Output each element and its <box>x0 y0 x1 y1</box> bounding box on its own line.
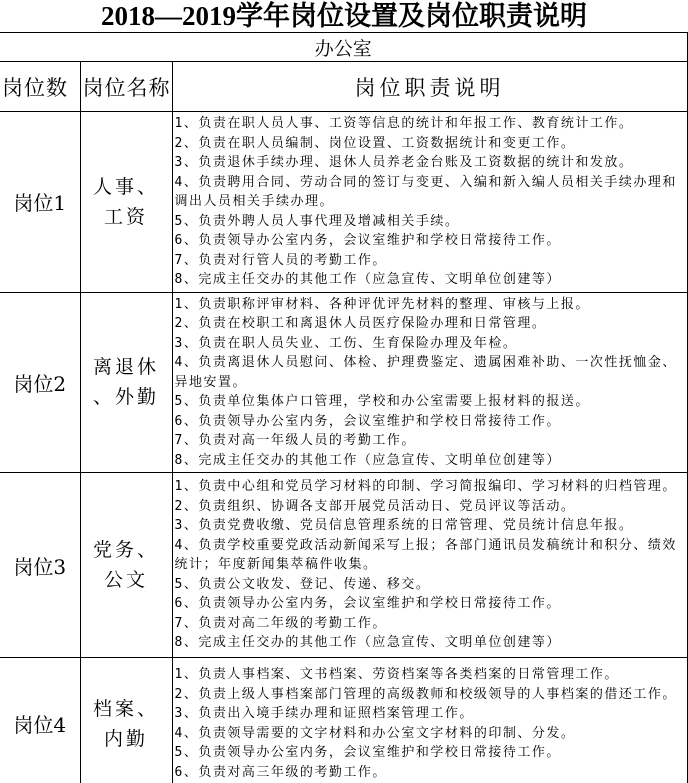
duty-item: 1、负责职称评审材料、各种评优评先材料的整理、审核与上报。 <box>175 295 685 315</box>
department-name: 办公室 <box>0 33 687 62</box>
position-table: 办公室 岗位数 岗位名称 岗位职责说明 岗位1 人事、 工资 1、负责在职人员人… <box>0 32 688 783</box>
position-name: 党务、 公文 <box>80 473 172 658</box>
position-name-line: 档案、 <box>81 694 172 724</box>
duty-item: 4、负责离退休人员慰问、体检、护理费鉴定、遗属困难补助、一次性抚恤金、异地安置。 <box>175 353 685 392</box>
table-row: 岗位3 党务、 公文 1、负责中心组和党员学习材料的印制、学习简报编印、学习材料… <box>0 473 687 658</box>
table-row: 岗位2 离退休 、外勤 1、负责职称评审材料、各种评优评先材料的整理、审核与上报… <box>0 292 687 473</box>
position-name-line: 党务、 <box>81 535 172 565</box>
position-number: 岗位1 <box>0 112 80 293</box>
duty-item: 4、负责聘用合同、劳动合同的签订与变更、入编和新入编人员相关手续办理和调出人员相… <box>175 173 685 212</box>
duty-item: 7、负责对行管人员的考勤工作。 <box>175 251 685 271</box>
header-position-count: 岗位数 <box>0 62 80 112</box>
duty-item: 6、负责领导办公室内务，会议室维护和学校日常接待工作。 <box>175 594 685 614</box>
duty-item: 2、负责在职人员编制、岗位设置、工资数据统计和变更工作。 <box>175 134 685 154</box>
duty-item: 2、负责在校职工和离退休人员医疗保险办理和日常管理。 <box>175 314 685 334</box>
duty-item: 1、负责在职人员人事、工资等信息的统计和年报工作、教育统计工作。 <box>175 114 685 134</box>
duty-item: 2、负责上级人事档案部门管理的高级教师和校级领导的人事档案的借还工作。 <box>175 685 685 705</box>
duties-list: 1、负责职称评审材料、各种评优评先材料的整理、审核与上报。 2、负责在校职工和离… <box>172 292 687 473</box>
duty-item: 3、负责党费收缴、党员信息管理系统的日常管理、党员统计信息年报。 <box>175 516 685 536</box>
duty-item: 8、完成主任交办的其他工作（应急宣传、文明单位创建等） <box>175 451 685 471</box>
duty-item: 1、负责中心组和党员学习材料的印制、学习简报编印、学习材料的归档管理。 <box>175 477 685 497</box>
table-row: 岗位4 档案、 内勤 1、负责人事档案、文书档案、劳资档案等各类档案的日常管理工… <box>0 658 687 783</box>
duty-item: 3、负责在职人员失业、工伤、生育保险办理及年检。 <box>175 334 685 354</box>
position-name: 人事、 工资 <box>80 112 172 293</box>
position-name: 档案、 内勤 <box>80 658 172 783</box>
position-name-line: 公文 <box>81 565 172 595</box>
duty-item: 8、完成主任交办的其他工作（应急宣传、文明单位创建等） <box>175 270 685 290</box>
duty-item: 2、负责组织、协调各支部开展党员活动日、党员评议等活动。 <box>175 497 685 517</box>
header-duties: 岗位职责说明 <box>172 62 687 112</box>
duty-item: 3、负责出入境手续办理和证照档案管理工作。 <box>175 704 685 724</box>
duty-item: 3、负责退休手续办理、退休人员养老金台账及工资数据的统计和发放。 <box>175 153 685 173</box>
position-name-line: 离退休 <box>81 352 172 382</box>
duty-item: 6、负责对高三年级的考勤工作。 <box>175 763 685 783</box>
duty-item: 7、负责对高二年级的考勤工作。 <box>175 614 685 634</box>
position-number: 岗位2 <box>0 292 80 473</box>
duty-item: 6、负责领导办公室内务，会议室维护和学校日常接待工作。 <box>175 412 685 432</box>
duty-item: 8、完成主任交办的其他工作（应急宣传、文明单位创建等） <box>175 633 685 653</box>
position-number: 岗位3 <box>0 473 80 658</box>
duty-item: 5、负责外聘人员人事代理及增减相关手续。 <box>175 212 685 232</box>
document-title: 2018—2019学年岗位设置及岗位职责说明 <box>0 0 688 32</box>
duty-item: 5、负责公文收发、登记、传递、移交。 <box>175 575 685 595</box>
duty-item: 7、负责对高一年级人员的考勤工作。 <box>175 431 685 451</box>
position-name-line: 人事、 <box>81 172 172 202</box>
position-name-line: 工资 <box>81 202 172 232</box>
department-row: 办公室 <box>0 33 687 62</box>
duty-item: 5、负责领导办公室内务，会议室维护和学校日常接待工作。 <box>175 743 685 763</box>
duties-list: 1、负责中心组和党员学习材料的印制、学习简报编印、学习材料的归档管理。 2、负责… <box>172 473 687 658</box>
duty-item: 6、负责领导办公室内务，会议室维护和学校日常接待工作。 <box>175 231 685 251</box>
position-number: 岗位4 <box>0 658 80 783</box>
header-position-name: 岗位名称 <box>80 62 172 112</box>
duties-list: 1、负责在职人员人事、工资等信息的统计和年报工作、教育统计工作。 2、负责在职人… <box>172 112 687 293</box>
position-name-line: 、外勤 <box>81 382 172 412</box>
position-name: 离退休 、外勤 <box>80 292 172 473</box>
table-row: 岗位1 人事、 工资 1、负责在职人员人事、工资等信息的统计和年报工作、教育统计… <box>0 112 687 293</box>
duty-item: 5、负责单位集体户口管理，学校和办公室需要上报材料的报送。 <box>175 392 685 412</box>
duties-list: 1、负责人事档案、文书档案、劳资档案等各类档案的日常管理工作。 2、负责上级人事… <box>172 658 687 783</box>
header-row: 岗位数 岗位名称 岗位职责说明 <box>0 62 687 112</box>
duty-item: 4、负责领导需要的文字材料和办公室文字材料的印制、分发。 <box>175 724 685 744</box>
duty-item: 1、负责人事档案、文书档案、劳资档案等各类档案的日常管理工作。 <box>175 665 685 685</box>
position-name-line: 内勤 <box>81 724 172 754</box>
duty-item: 4、负责学校重要党政活动新闻采写上报；各部门通讯员发稿统计和积分、绩效统计；年度… <box>175 536 685 575</box>
